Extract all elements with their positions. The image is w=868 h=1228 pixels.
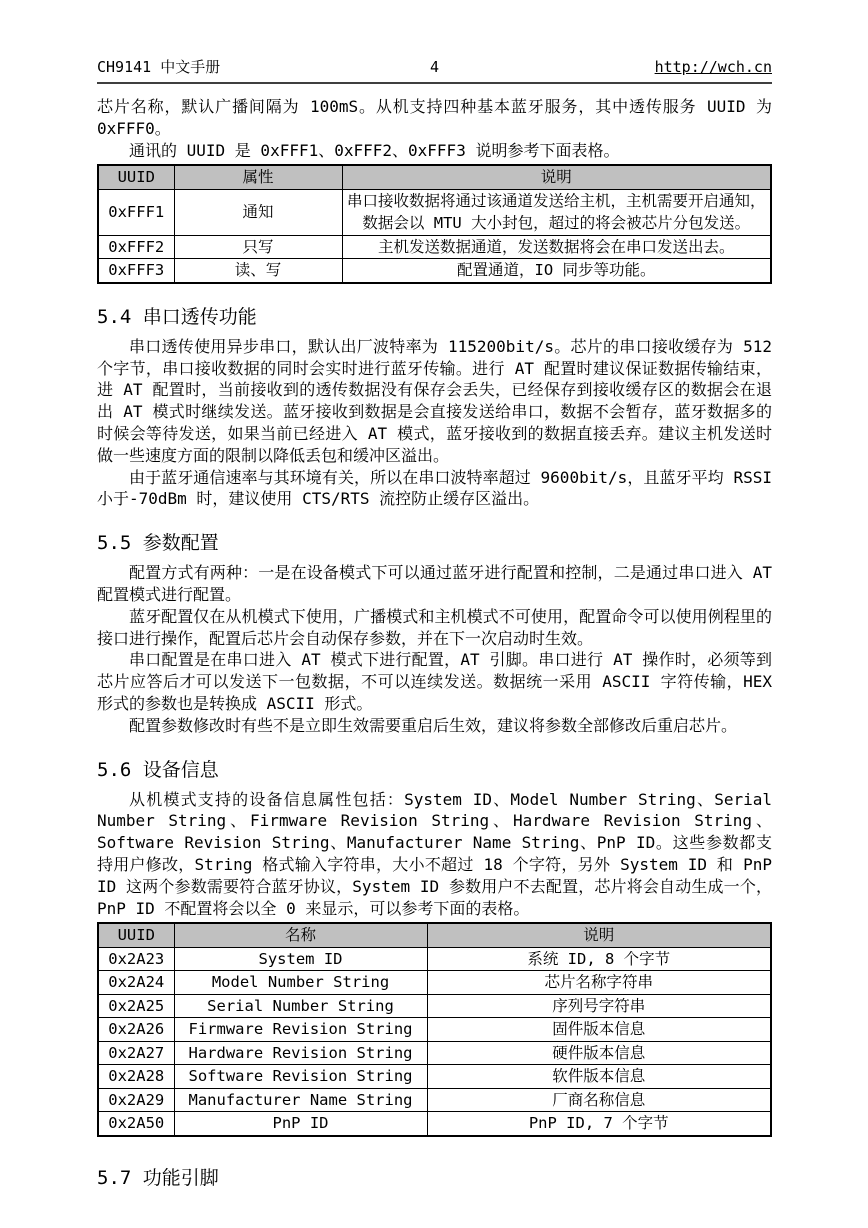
site-link[interactable]: http://wch.cn: [655, 58, 772, 76]
table-cell-name: Firmware Revision String: [174, 1018, 427, 1042]
table-row: 0x2A24 Model Number String 芯片名称字符串: [98, 971, 771, 995]
table-cell-desc: 芯片名称字符串: [427, 971, 771, 995]
table-cell-uuid: 0x2A25: [98, 994, 174, 1018]
table-row: 0x2A28 Software Revision String 软件版本信息: [98, 1065, 771, 1089]
table-cell-attr: 通知: [174, 189, 342, 235]
table-cell-name: Hardware Revision String: [174, 1041, 427, 1065]
table-cell-uuid: 0xFFF2: [98, 235, 174, 259]
table-cell-name: Software Revision String: [174, 1065, 427, 1089]
table-row: 0x2A25 Serial Number String 序列号字符串: [98, 994, 771, 1018]
table-row: 0xFFF2 只写 主机发送数据通道，发送数据将会在串口发送出去。: [98, 235, 771, 259]
section-5-5-paragraph-2: 蓝牙配置仅在从机模式下使用，广播模式和主机模式不可使用，配置命令可以使用例程里的…: [97, 606, 772, 650]
table-header-cell-desc: 说明: [427, 923, 771, 947]
uuid-characteristics-table: UUID 属性 说明 0xFFF1 通知 串口接收数据将通过该通道发送给主机，主…: [97, 164, 772, 284]
device-info-table: UUID 名称 说明 0x2A23 System ID 系统 ID, 8 个字节…: [97, 922, 772, 1137]
table-cell-desc: PnP ID, 7 个字节: [427, 1112, 771, 1136]
table-row: 0xFFF3 读、写 配置通道，IO 同步等功能。: [98, 259, 771, 283]
table-cell-name: Serial Number String: [174, 994, 427, 1018]
table-cell-name: PnP ID: [174, 1112, 427, 1136]
doc-title: CH9141 中文手册: [97, 57, 430, 77]
intro-paragraph-2: 通讯的 UUID 是 0xFFF1、0xFFF2、0xFFF3 说明参考下面表格…: [97, 140, 772, 162]
table-header-cell-name: 名称: [174, 923, 427, 947]
table-cell-uuid: 0x2A27: [98, 1041, 174, 1065]
table-header-cell-uuid: UUID: [98, 165, 174, 189]
table-cell-uuid: 0xFFF1: [98, 189, 174, 235]
section-heading-5-7: 5.7 功能引脚: [97, 1166, 772, 1190]
page-header: CH9141 中文手册 4 http://wch.cn: [97, 0, 772, 84]
table-cell-desc: 硬件版本信息: [427, 1041, 771, 1065]
table-cell-desc: 串口接收数据将通过该通道发送给主机，主机需要开启通知，数据会以 MTU 大小封包…: [342, 189, 771, 235]
document-page: CH9141 中文手册 4 http://wch.cn 芯片名称，默认广播间隔为…: [0, 0, 868, 1228]
table-cell-attr: 读、写: [174, 259, 342, 283]
table-cell-uuid: 0x2A50: [98, 1112, 174, 1136]
table-header-row: UUID 名称 说明: [98, 923, 771, 947]
section-5-5-paragraph-1: 配置方式有两种：一是在设备模式下可以通过蓝牙进行配置和控制，二是通过串口进入 A…: [97, 562, 772, 606]
table-cell-uuid: 0x2A24: [98, 971, 174, 995]
table-cell-desc: 软件版本信息: [427, 1065, 771, 1089]
table-cell-uuid: 0x2A23: [98, 947, 174, 971]
table-row: 0x2A26 Firmware Revision String 固件版本信息: [98, 1018, 771, 1042]
table-cell-desc: 系统 ID, 8 个字节: [427, 947, 771, 971]
page-number: 4: [430, 57, 439, 77]
section-5-5-paragraph-3: 串口配置是在串口进入 AT 模式下进行配置，AT 引脚。串口进行 AT 操作时，…: [97, 649, 772, 714]
table-cell-desc: 厂商名称信息: [427, 1088, 771, 1112]
table-row: 0x2A50 PnP ID PnP ID, 7 个字节: [98, 1112, 771, 1136]
table-cell-name: Manufacturer Name String: [174, 1088, 427, 1112]
table-cell-desc: 配置通道，IO 同步等功能。: [342, 259, 771, 283]
table-cell-attr: 只写: [174, 235, 342, 259]
table-header-cell-desc: 说明: [342, 165, 771, 189]
table-row: 0x2A29 Manufacturer Name String 厂商名称信息: [98, 1088, 771, 1112]
table-cell-uuid: 0x2A29: [98, 1088, 174, 1112]
table-cell-desc: 主机发送数据通道，发送数据将会在串口发送出去。: [342, 235, 771, 259]
table-cell-desc: 序列号字符串: [427, 994, 771, 1018]
table-row: 0xFFF1 通知 串口接收数据将通过该通道发送给主机，主机需要开启通知，数据会…: [98, 189, 771, 235]
section-5-6-paragraph-1: 从机模式支持的设备信息属性包括：System ID、Model Number S…: [97, 789, 772, 920]
section-heading-5-5: 5.5 参数配置: [97, 531, 772, 555]
table-cell-uuid: 0x2A26: [98, 1018, 174, 1042]
table-cell-uuid: 0x2A28: [98, 1065, 174, 1089]
intro-paragraph-1: 芯片名称，默认广播间隔为 100mS。从机支持四种基本蓝牙服务，其中透传服务 U…: [97, 96, 772, 140]
table-cell-name: System ID: [174, 947, 427, 971]
table-cell-uuid: 0xFFF3: [98, 259, 174, 283]
section-5-5-paragraph-4: 配置参数修改时有些不是立即生效需要重启后生效，建议将参数全部修改后重启芯片。: [97, 715, 772, 737]
section-heading-5-4: 5.4 串口透传功能: [97, 305, 772, 329]
page-content: 芯片名称，默认广播间隔为 100mS。从机支持四种基本蓝牙服务，其中透传服务 U…: [97, 84, 772, 1190]
section-5-4-paragraph-2: 由于蓝牙通信速率与其环境有关，所以在串口波特率超过 9600bit/s，且蓝牙平…: [97, 467, 772, 511]
table-header-cell-uuid: UUID: [98, 923, 174, 947]
table-row: 0x2A23 System ID 系统 ID, 8 个字节: [98, 947, 771, 971]
table-row: 0x2A27 Hardware Revision String 硬件版本信息: [98, 1041, 771, 1065]
section-5-4-paragraph-1: 串口透传使用异步串口，默认出厂波特率为 115200bit/s。芯片的串口接收缓…: [97, 336, 772, 467]
table-cell-desc: 固件版本信息: [427, 1018, 771, 1042]
table-header-row: UUID 属性 说明: [98, 165, 771, 189]
table-header-cell-attr: 属性: [174, 165, 342, 189]
table-cell-name: Model Number String: [174, 971, 427, 995]
section-heading-5-6: 5.6 设备信息: [97, 758, 772, 782]
